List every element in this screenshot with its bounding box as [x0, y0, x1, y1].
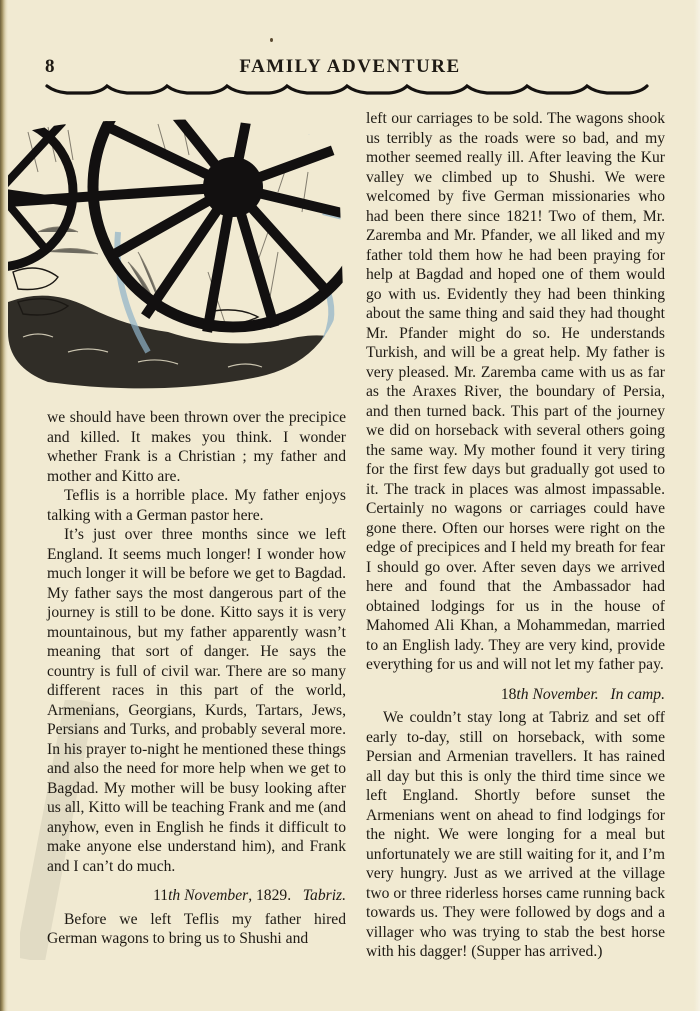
- diary-dateline: 18th November. In camp.: [366, 685, 665, 705]
- dateline-day: 11: [153, 887, 168, 904]
- book-spine-edge: [0, 0, 8, 1011]
- dateline-year: , 1829.: [248, 887, 291, 904]
- dateline-month: th November: [168, 887, 248, 904]
- paragraph: It’s just over three months since we lef…: [47, 525, 346, 876]
- paragraph: We couldn’t stay long at Tabriz and set …: [366, 708, 665, 962]
- left-text-column: we should have been thrown over the prec…: [47, 408, 346, 949]
- paragraph: Before we left Teflis my father hired Ge…: [47, 910, 346, 949]
- running-title: FAMILY ADVENTURE: [45, 56, 655, 78]
- wagon-wheel-illustration: [8, 112, 348, 392]
- dateline-place: Tabriz.: [303, 887, 346, 904]
- page-header: 8 FAMILY ADVENTURE: [45, 56, 655, 80]
- paragraph: left our carriages to be sold. The wagon…: [366, 109, 665, 675]
- wave-rule-divider: [45, 80, 657, 98]
- paper-speck: [270, 38, 273, 42]
- dateline-place: In camp.: [610, 686, 665, 703]
- right-text-column: left our carriages to be sold. The wagon…: [366, 109, 665, 962]
- paragraph: we should have been thrown over the prec…: [47, 408, 346, 486]
- paragraph: Teflis is a horrible place. My father en…: [47, 486, 346, 525]
- dateline-day: 18: [501, 686, 517, 703]
- dateline-month: th November.: [516, 686, 598, 703]
- page-right-edge: [694, 0, 700, 1011]
- diary-dateline: 11th November, 1829. Tabriz.: [47, 886, 346, 906]
